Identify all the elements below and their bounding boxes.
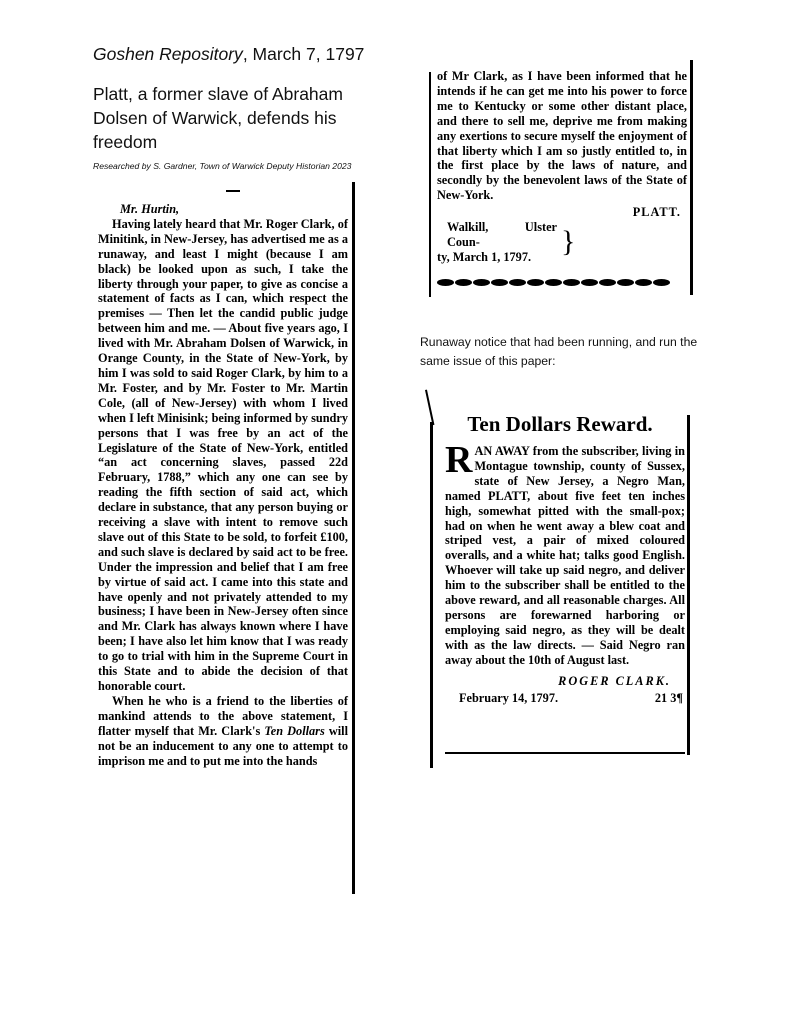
notice-date-line: February 14, 1797. 21 3¶ — [445, 691, 685, 706]
notice-date: February 14, 1797. — [459, 691, 558, 706]
letter-signature: PLATT. — [437, 205, 687, 220]
ten-dollars-emphasis: Ten Dollars — [264, 724, 324, 738]
notice-body-text: AN AWAY from the subscriber, living in M… — [445, 444, 685, 667]
runaway-notice-clipping: Ten Dollars Reward. RAN AWAY from the su… — [425, 400, 693, 790]
notice-headline: Ten Dollars Reward. — [445, 412, 675, 437]
publication-name: Goshen Repository — [93, 44, 243, 64]
research-credit: Researched by S. Gardner, Town of Warwic… — [93, 161, 351, 171]
column-rule-right — [690, 60, 693, 295]
place-line-2: ty, March 1, 1797. — [437, 250, 557, 265]
place-line-1: Walkill, Ulster Coun- — [437, 220, 557, 250]
document-subtitle: Platt, a former slave of Abraham Dolsen … — [93, 82, 393, 154]
publication-date: , March 7, 1797 — [243, 44, 365, 64]
clipping-edge — [425, 390, 434, 426]
document-title: Goshen Repository, March 7, 1797 — [93, 44, 364, 65]
letter-body: Mr. Hurtin, Having lately heard that Mr.… — [98, 202, 348, 768]
brace-icon: } — [561, 227, 575, 257]
notice-caption: Runaway notice that had been running, an… — [420, 333, 720, 371]
ornamental-divider — [437, 277, 677, 287]
column-rule-left — [430, 422, 433, 768]
letter-continuation-text: of Mr Clark, as I have been informed tha… — [437, 69, 687, 203]
column-rule-left — [429, 72, 431, 297]
notice-body: RAN AWAY from the subscriber, living in … — [445, 444, 685, 705]
column-rule — [352, 182, 355, 894]
notice-code: 21 3¶ — [655, 691, 685, 706]
letter-paragraph-1: Having lately heard that Mr. Roger Clark… — [98, 217, 348, 694]
divider-rule — [226, 190, 240, 192]
letter-paragraph-2: When he who is a friend to the liberties… — [98, 694, 348, 769]
letter-clipping-part1: Mr. Hurtin, Having lately heard that Mr.… — [98, 188, 356, 908]
bottom-rule — [445, 752, 685, 754]
column-rule-right — [687, 415, 690, 755]
notice-signature: ROGER CLARK. — [445, 674, 685, 689]
letter-salutation: Mr. Hurtin, — [98, 202, 348, 217]
letter-continuation: of Mr Clark, as I have been informed tha… — [437, 69, 687, 265]
drop-cap: R — [445, 445, 472, 475]
letter-clipping-part2: of Mr Clark, as I have been informed tha… — [425, 60, 695, 300]
letter-place-date: Walkill, Ulster Coun- ty, March 1, 1797.… — [437, 220, 687, 265]
